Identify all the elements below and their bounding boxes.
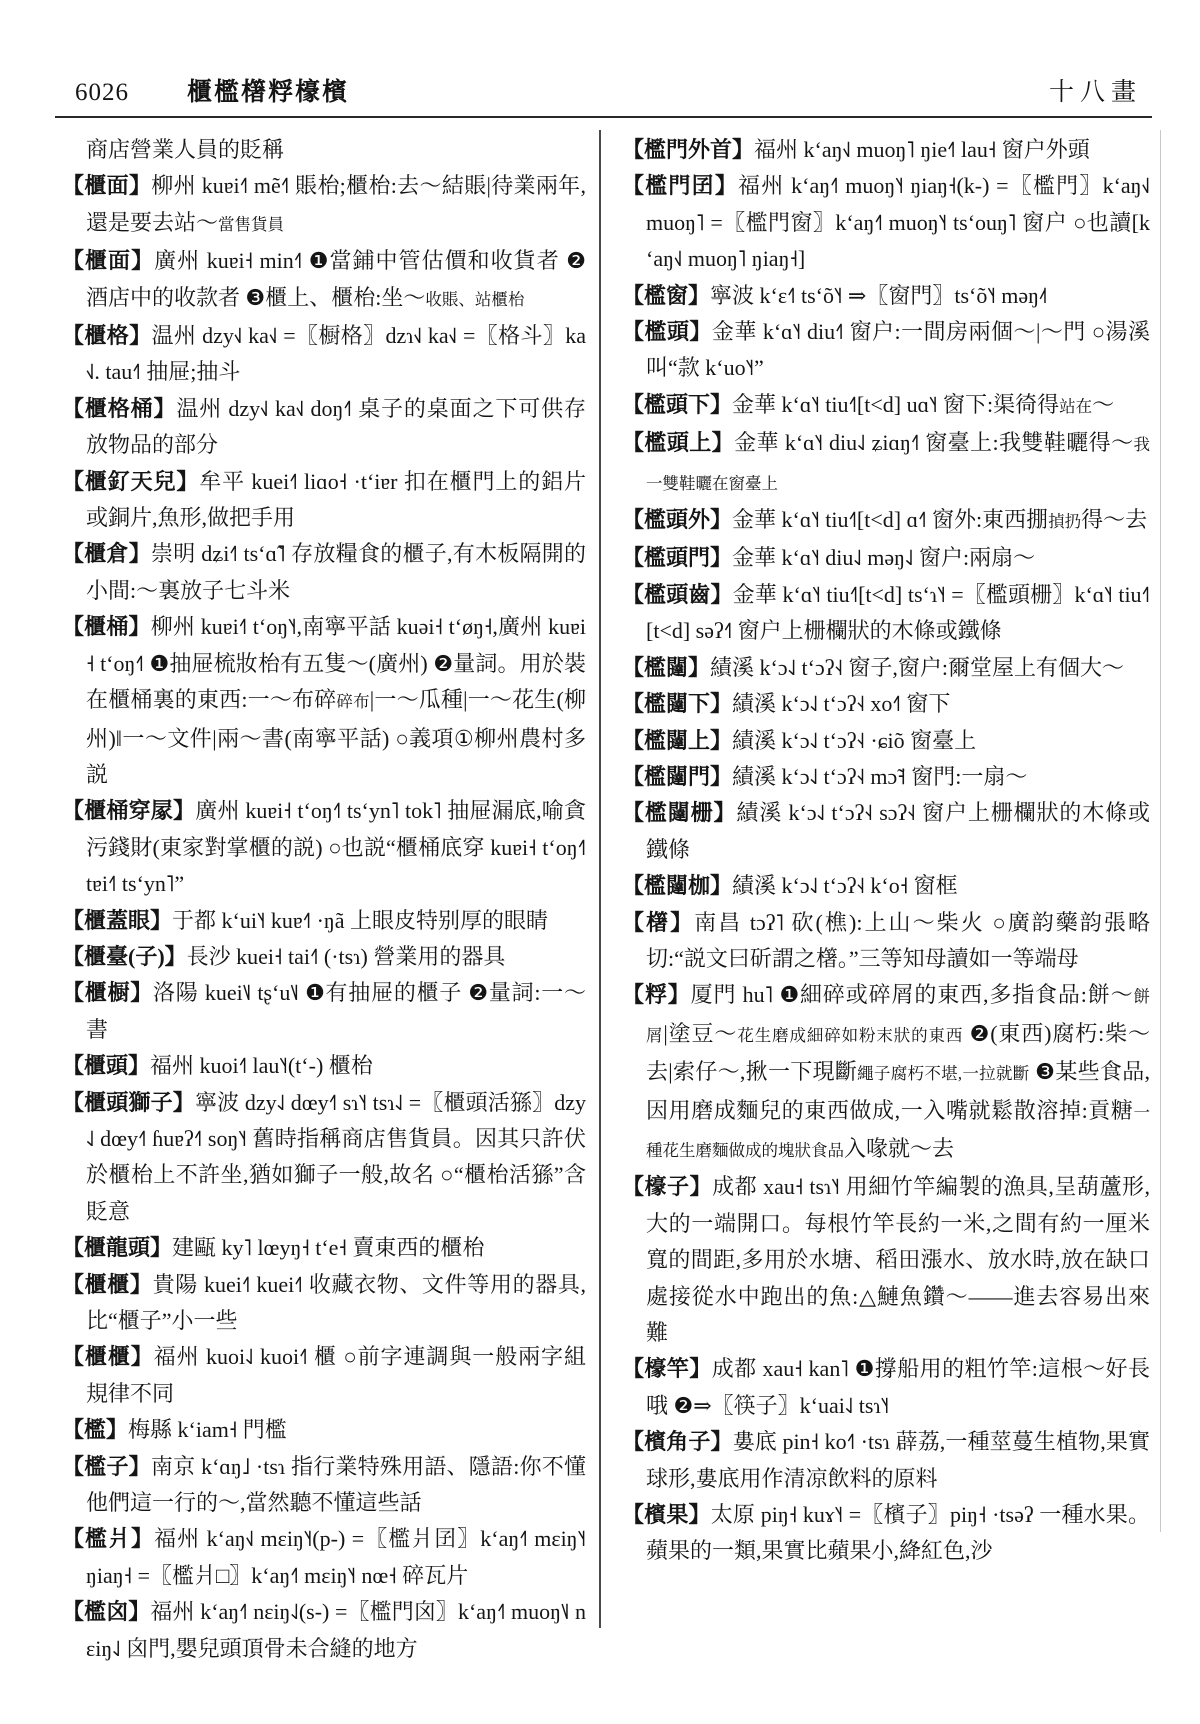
entry-headword: 【櫃龍頭】 <box>62 1235 172 1260</box>
dictionary-entry: 【櫃櫃】貴陽 kuei˧˥ kuei˧˥ 收藏衣物、文件等用的器具,比“櫃子”小… <box>62 1267 586 1340</box>
entry-text: 建甌 ky˥ lœyŋ˧ tʻe˧ 賣東西的櫃枱 <box>172 1235 484 1260</box>
entry-text: 金華 kʻɑ˥˧ diu˧˥ 窗户:一間房兩個～|～門 ○湯溪叫“款 kʻuo˥… <box>646 319 1150 380</box>
entry-headword: 【櫃臺(子)】 <box>62 944 187 969</box>
page-edge-line <box>1160 130 1161 1532</box>
entry-text: 南京 kʻɑŋ˩ ·tsɿ 指行業特殊用語、隱語:你不懂他們這一行的～,當然聽不… <box>86 1454 586 1515</box>
entry-headword: 【櫃面】 <box>62 248 154 273</box>
entry-headword: 【櫃頭】 <box>62 1053 150 1078</box>
entry-headword: 【櫃頭獅子】 <box>62 1090 195 1115</box>
stroke-count-section: 十八畫 <box>1049 72 1142 108</box>
dictionary-entry: 【檺竿】成都 xau˧ kan˥ ❶撐船用的粗竹竿:這根～好長哦 ❷⇒〖筷子〗k… <box>622 1351 1150 1424</box>
dictionary-entry: 【櫃桶】柳州 kuɐi˧˥ tʻoŋ˥˧,南寧平話 kuəi˧ tʻøŋ˧,廣州… <box>62 609 586 793</box>
entry-headword: 【檻門囝】 <box>622 173 738 198</box>
entry-headword: 【櫃櫃】 <box>62 1272 153 1297</box>
entry-text: 績溪 kʻɔ˨˩ tʻɔʔ˧˨ mɔ̃˧ 窗門:一扇～ <box>732 764 1027 789</box>
dictionary-entry: 【櫃橱】洛陽 kuei˥˩ tʂʻu˥˩ ❶有抽屉的櫃子 ❷量詞:一～書 <box>62 975 586 1048</box>
dictionary-entry: 【檳果】太原 piŋ˧ kuɤ˥˧ =〖檳子〗piŋ˧ ·tsəʔ 一種水果。蘋… <box>622 1497 1150 1570</box>
entry-headword: 【檺竿】 <box>622 1356 712 1381</box>
dictionary-entry: 【櫃桶穿㞘】廣州 kuɐi˧ tʻoŋ˧˥ tsʻyn˥ tok˥ 抽屉漏底,喻… <box>62 793 586 902</box>
entry-text: 崇明 dʑi˧˥ tsʻɑ̃˥ 存放糧食的櫃子,有木板隔開的小間:～裏放子七斗米 <box>86 541 586 602</box>
entry-text: |塗豆～ <box>663 1021 737 1046</box>
entry-text: 績溪 kʻɔ˨˩ tʻɔʔ˧˨ ·ɕiõ 窗臺上 <box>732 728 976 753</box>
entry-headword: 【檻頭上】 <box>622 430 734 455</box>
dictionary-entry: 【櫃頭獅子】寧波 dzy˨˩ dœy˧˥ sɿ˥˧ tsɿ˨˩ =〖櫃頭活猻〗d… <box>62 1085 586 1231</box>
running-head: 6026 櫃檻櫡粰檺檳 十八畫 <box>75 72 1142 106</box>
left-column: 商店營業人員的貶稱【櫃面】柳州 kuɐi˧˥ mẽ˧˥ 賬枱;櫃枱:去～結賬|待… <box>62 132 586 1667</box>
entry-text: 得～去 <box>1081 507 1147 532</box>
entry-text: 金華 kʻɑ˥˧ tiu˧˥[t<d] ɑ˧˥ 窗外:東西掤 <box>732 507 1048 532</box>
entry-headword: 【檻子】 <box>62 1454 151 1479</box>
dictionary-entry: 【檻囟】福州 kʻaŋ˧˥ nɛiŋ˨˩(s-) =〖檻門囟〗kʻaŋ˧˥ mu… <box>62 1594 586 1667</box>
right-column: 【檻門外首】福州 kʻaŋ˧˩ muoŋ˥ ŋie˧˥ lau˧ 窗户外頭【檻門… <box>622 132 1150 1570</box>
entry-text: 梅縣 kʻiam˧ 門檻 <box>128 1417 287 1442</box>
entry-text: 福州 kuoi˨˩ kuoi˧˥ 櫃 ○前字連調與一般兩字組規律不同 <box>86 1344 586 1405</box>
entry-headword: 【櫃面】 <box>62 173 151 198</box>
dictionary-entry: 【櫃格】温州 dzy˧˩ ka˧˩ =〖橱格〗dzɿ˧˩ ka˧˩ =〖格斗〗k… <box>62 318 586 391</box>
entry-small-note: 當售貨員 <box>218 215 284 234</box>
dictionary-entry: 【檻爿】福州 kʻaŋ˧˩ mɛiŋ˥˧(p-) =〖檻爿囝〗kʻaŋ˧˥ mɛ… <box>62 1521 586 1594</box>
dictionary-entry: 【檻子】南京 kʻɑŋ˩ ·tsɿ 指行業特殊用語、隱語:你不懂他們這一行的～,… <box>62 1449 586 1522</box>
dictionary-entry: 商店營業人員的貶稱 <box>62 132 586 168</box>
entry-headword: 【櫃格】 <box>62 323 152 348</box>
entry-headword: 【檳果】 <box>622 1502 711 1527</box>
entry-text: 温州 dzy˧˩ ka˧˩ =〖橱格〗dzɿ˧˩ ka˧˩ =〖格斗〗ka˧˩.… <box>86 323 586 384</box>
dictionary-entry: 【檻頭外】金華 kʻɑ˥˧ tiu˧˥[t<d] ɑ˧˥ 窗外:東西掤揁扔得～去 <box>622 502 1150 540</box>
entry-headword: 【檻爿】 <box>62 1526 154 1551</box>
dictionary-entry: 【檺子】成都 xau˧ tsɿ˥˧ 用細竹竿編製的漁具,呈葫蘆形,大的一端開口。… <box>622 1169 1150 1351</box>
dictionary-entry: 【檻闥】績溪 kʻɔ˨˩ tʻɔʔ˧˨ 窗子,窗户:爾堂屋上有個大～ <box>622 650 1150 686</box>
entry-text: 成都 xau˧ tsɿ˥˧ 用細竹竿編製的漁具,呈葫蘆形,大的一端開口。每根竹竿… <box>646 1174 1150 1345</box>
entry-text: 入喙就～去 <box>844 1136 954 1161</box>
entry-headword: 【檳角子】 <box>622 1429 733 1454</box>
entry-headword: 【櫃橱】 <box>62 980 153 1005</box>
dictionary-entry: 【櫃臺(子)】長沙 kuei˧ tai˧˥ (·tsɿ) 營業用的器具 <box>62 939 586 975</box>
entry-headword: 【檻闥上】 <box>622 728 732 753</box>
entry-text: 貴陽 kuei˧˥ kuei˧˥ 收藏衣物、文件等用的器具,比“櫃子”小一些 <box>86 1272 586 1333</box>
entry-text: 厦門 hu˥ ❶細碎或碎屑的東西,多指食品:餅～ <box>691 982 1134 1007</box>
entry-headword: 【櫡】 <box>622 910 694 935</box>
dictionary-entry: 【檻闥枷】績溪 kʻɔ˨˩ tʻɔʔ˧˨ kʻo˧ 窗框 <box>622 868 1150 904</box>
entry-text: 長沙 kuei˧ tai˧˥ (·tsɿ) 營業用的器具 <box>187 944 506 969</box>
dictionary-entry: 【櫃倉】崇明 dʑi˧˥ tsʻɑ̃˥ 存放糧食的櫃子,有木板隔開的小間:～裏放… <box>62 536 586 609</box>
dictionary-entry: 【櫃格桶】温州 dzy˧˩ ka˧˩ doŋ˧˥ 桌子的桌面之下可供存放物品的部… <box>62 391 586 464</box>
dictionary-page: 6026 櫃檻櫡粰檺檳 十八畫 商店營業人員的貶稱【櫃面】柳州 kuɐi˧˥ m… <box>0 0 1200 1724</box>
entry-text: 南昌 tɔʔ˥ 砍(樵):上山～柴火 ○廣韵藥韵張略切:“説文曰斫謂之櫡。”三等… <box>646 910 1150 971</box>
dictionary-entry: 【櫃蓋眼】于都 kʻui˥˧ kuɐ˧˥ ·ŋã 上眼皮特别厚的眼睛 <box>62 903 586 939</box>
entry-text: 太原 piŋ˧ kuɤ˥˧ =〖檳子〗piŋ˧ ·tsəʔ 一種水果。蘋果的一類… <box>646 1502 1150 1563</box>
dictionary-entry: 【粰】厦門 hu˥ ❶細碎或碎屑的東西,多指食品:餅～餅屑|塗豆～花生磨成細碎如… <box>622 977 1150 1169</box>
entry-text: 寧波 kʻɛ˧˥ tsʻõ˥˧ ⇒〖窗門〗tsʻõ˥˧ məŋ˨˦ <box>710 283 1047 308</box>
dictionary-entry: 【檻頭下】金華 kʻɑ˥˧ tiu˧˥[t<d] uɑ˥˧ 窗下:渠徛得站在～ <box>622 387 1150 425</box>
dictionary-entry: 【檻闥下】績溪 kʻɔ˨˩ tʻɔʔ˧˨ xo˧˥ 窗下 <box>622 686 1150 722</box>
entry-text: 績溪 kʻɔ˨˩ tʻɔʔ˧˨ 窗子,窗户:爾堂屋上有個大～ <box>710 655 1124 680</box>
entry-headword: 【檻頭】 <box>622 319 712 344</box>
entry-headword: 【櫃釕天兒】 <box>62 469 199 494</box>
entry-headword: 【櫃格桶】 <box>62 396 176 421</box>
entry-headword: 【檻門外首】 <box>622 137 754 162</box>
entry-headword: 【檻闥枷】 <box>622 873 732 898</box>
entry-headword: 【檻頭下】 <box>622 392 732 417</box>
entry-small-note: 繩子腐朽不堪,一拉就斷 <box>857 1064 1029 1083</box>
entry-text: 成都 xau˧ kan˥ ❶撐船用的粗竹竿:這根～好長哦 ❷⇒〖筷子〗kʻuai… <box>646 1356 1150 1417</box>
entry-headword: 【櫃桶穿㞘】 <box>62 798 195 823</box>
entry-text: 于都 kʻui˥˧ kuɐ˧˥ ·ŋã 上眼皮特别厚的眼睛 <box>172 908 548 933</box>
entry-text: 績溪 kʻɔ˨˩ tʻɔʔ˧˨ kʻo˧ 窗框 <box>732 873 958 898</box>
dictionary-entry: 【檻】梅縣 kʻiam˧ 門檻 <box>62 1412 586 1448</box>
page-number: 6026 <box>75 79 129 107</box>
entry-text: 商店營業人員的貶稱 <box>86 137 284 162</box>
dictionary-entry: 【檻頭上】金華 kʻɑ˥˧ diu˨˩ ʑiɑŋ˧˥ 窗臺上:我雙鞋曬得～我一雙… <box>622 425 1150 502</box>
entry-text: 金華 kʻɑ˥˧ diu˨˩ məŋ˨˩ 窗户:兩扇～ <box>732 545 1035 570</box>
entry-small-note: 揁扔 <box>1048 512 1081 531</box>
entry-small-note: 收賬、站櫃枱 <box>425 290 524 309</box>
dictionary-entry: 【檻闥門】績溪 kʻɔ˨˩ tʻɔʔ˧˨ mɔ̃˧ 窗門:一扇～ <box>622 759 1150 795</box>
entry-headword: 【檻闥】 <box>622 655 710 680</box>
guide-headwords: 櫃檻櫡粰檺檳 <box>187 72 349 108</box>
entry-headword: 【檻闥下】 <box>622 691 732 716</box>
dictionary-entry: 【檻門囝】福州 kʻaŋ˧˥ muoŋ˥˧ ŋiaŋ˧(k-) =〖檻門〗kʻa… <box>622 168 1150 277</box>
dictionary-entry: 【櫃頭】福州 kuoi˧˥ lau˥˧(tʻ-) 櫃枱 <box>62 1048 586 1084</box>
entry-text: 績溪 kʻɔ˨˩ tʻɔʔ˧˨ xo˧˥ 窗下 <box>732 691 950 716</box>
entry-headword: 【檻闥栅】 <box>622 800 736 825</box>
entry-headword: 【檻窗】 <box>622 283 710 308</box>
entry-text: 金華 kʻɑ˥˧ diu˨˩ ʑiɑŋ˧˥ 窗臺上:我雙鞋曬得～ <box>734 430 1133 455</box>
entry-small-note: 站在 <box>1059 397 1092 416</box>
dictionary-entry: 【櫃面】柳州 kuɐi˧˥ mẽ˧˥ 賬枱;櫃枱:去～結賬|待業兩年,還是要去站… <box>62 168 586 243</box>
entry-text: 金華 kʻɑ˥˧ tiu˧˥[t<d] uɑ˥˧ 窗下:渠徛得 <box>732 392 1059 417</box>
entry-text: 福州 kʻaŋ˧˩ mɛiŋ˥˧(p-) =〖檻爿囝〗kʻaŋ˧˥ mɛiŋ˥˧… <box>86 1526 586 1587</box>
entry-text: 福州 kʻaŋ˧˥ nɛiŋ˨˩(s-) =〖檻門囟〗kʻaŋ˧˥ muoŋ˥˩… <box>86 1599 586 1660</box>
entry-headword: 【檻囟】 <box>62 1599 150 1624</box>
entry-small-note: 碎布 <box>336 692 369 711</box>
entry-text: ～ <box>1092 392 1114 417</box>
entry-headword: 【櫃櫃】 <box>62 1344 154 1369</box>
entry-headword: 【櫃桶】 <box>62 614 151 639</box>
entry-headword: 【檺子】 <box>622 1174 712 1199</box>
entry-headword: 【粰】 <box>622 982 691 1007</box>
dictionary-entry: 【檳角子】婁底 pin˧ ko˧˥ ·tsɿ 薜荔,一種莖蔓生植物,果實球形,婁… <box>622 1424 1150 1497</box>
dictionary-entry: 【櫃釕天兒】牟平 kuei˧˥ liɑo˧ ·tʻiɐr 扣在櫃門上的鋁片或銅片… <box>62 464 586 537</box>
entry-text: 福州 kʻaŋ˧˩ muoŋ˥ ŋie˧˥ lau˧ 窗户外頭 <box>754 137 1090 162</box>
dictionary-entry: 【檻門外首】福州 kʻaŋ˧˩ muoŋ˥ ŋie˧˥ lau˧ 窗户外頭 <box>622 132 1150 168</box>
dictionary-entry: 【檻頭門】金華 kʻɑ˥˧ diu˨˩ məŋ˨˩ 窗户:兩扇～ <box>622 540 1150 576</box>
dictionary-entry: 【檻頭齒】金華 kʻɑ˥˧ tiu˧˥[t<d] tsʻɿ˥˧ =〖檻頭栅〗kʻ… <box>622 577 1150 650</box>
entry-headword: 【檻】 <box>62 1417 128 1442</box>
dictionary-entry: 【櫃櫃】福州 kuoi˨˩ kuoi˧˥ 櫃 ○前字連調與一般兩字組規律不同 <box>62 1339 586 1412</box>
entry-headword: 【檻頭外】 <box>622 507 732 532</box>
dictionary-entry: 【櫡】南昌 tɔʔ˥ 砍(樵):上山～柴火 ○廣韵藥韵張略切:“説文曰斫謂之櫡。… <box>622 905 1150 978</box>
dictionary-entry: 【櫃龍頭】建甌 ky˥ lœyŋ˧ tʻe˧ 賣東西的櫃枱 <box>62 1230 586 1266</box>
entry-text: 福州 kuoi˧˥ lau˥˧(tʻ-) 櫃枱 <box>150 1053 373 1078</box>
dictionary-entry: 【檻闥栅】績溪 kʻɔ˨˩ tʻɔʔ˧˨ sɔʔ˧˨ 窗户上栅欄狀的木條或鐵條 <box>622 795 1150 868</box>
entry-headword: 【櫃倉】 <box>62 541 151 566</box>
entry-headword: 【櫃蓋眼】 <box>62 908 172 933</box>
entry-headword: 【檻頭齒】 <box>622 582 733 607</box>
column-divider <box>599 130 601 1628</box>
entry-text: 洛陽 kuei˥˩ tʂʻu˥˩ ❶有抽屉的櫃子 ❷量詞:一～書 <box>86 980 586 1041</box>
entry-small-note: 花生磨成細碎如粉末狀的東西 <box>737 1026 963 1045</box>
dictionary-entry: 【櫃面】廣州 kuɐi˧ min˧˥ ❶當鋪中管估價和收貨者 ❷酒店中的收款者 … <box>62 243 586 318</box>
dictionary-entry: 【檻窗】寧波 kʻɛ˧˥ tsʻõ˥˧ ⇒〖窗門〗tsʻõ˥˧ məŋ˨˦ <box>622 278 1150 314</box>
dictionary-entry: 【檻頭】金華 kʻɑ˥˧ diu˧˥ 窗户:一間房兩個～|～門 ○湯溪叫“款 k… <box>622 314 1150 387</box>
entry-headword: 【檻闥門】 <box>622 764 732 789</box>
entry-text: 柳州 kuɐi˧˥ mẽ˧˥ 賬枱;櫃枱:去～結賬|待業兩年,還是要去站～ <box>86 173 586 234</box>
entry-headword: 【檻頭門】 <box>622 545 732 570</box>
dictionary-entry: 【檻闥上】績溪 kʻɔ˨˩ tʻɔʔ˧˨ ·ɕiõ 窗臺上 <box>622 723 1150 759</box>
header-rule <box>55 116 1152 118</box>
